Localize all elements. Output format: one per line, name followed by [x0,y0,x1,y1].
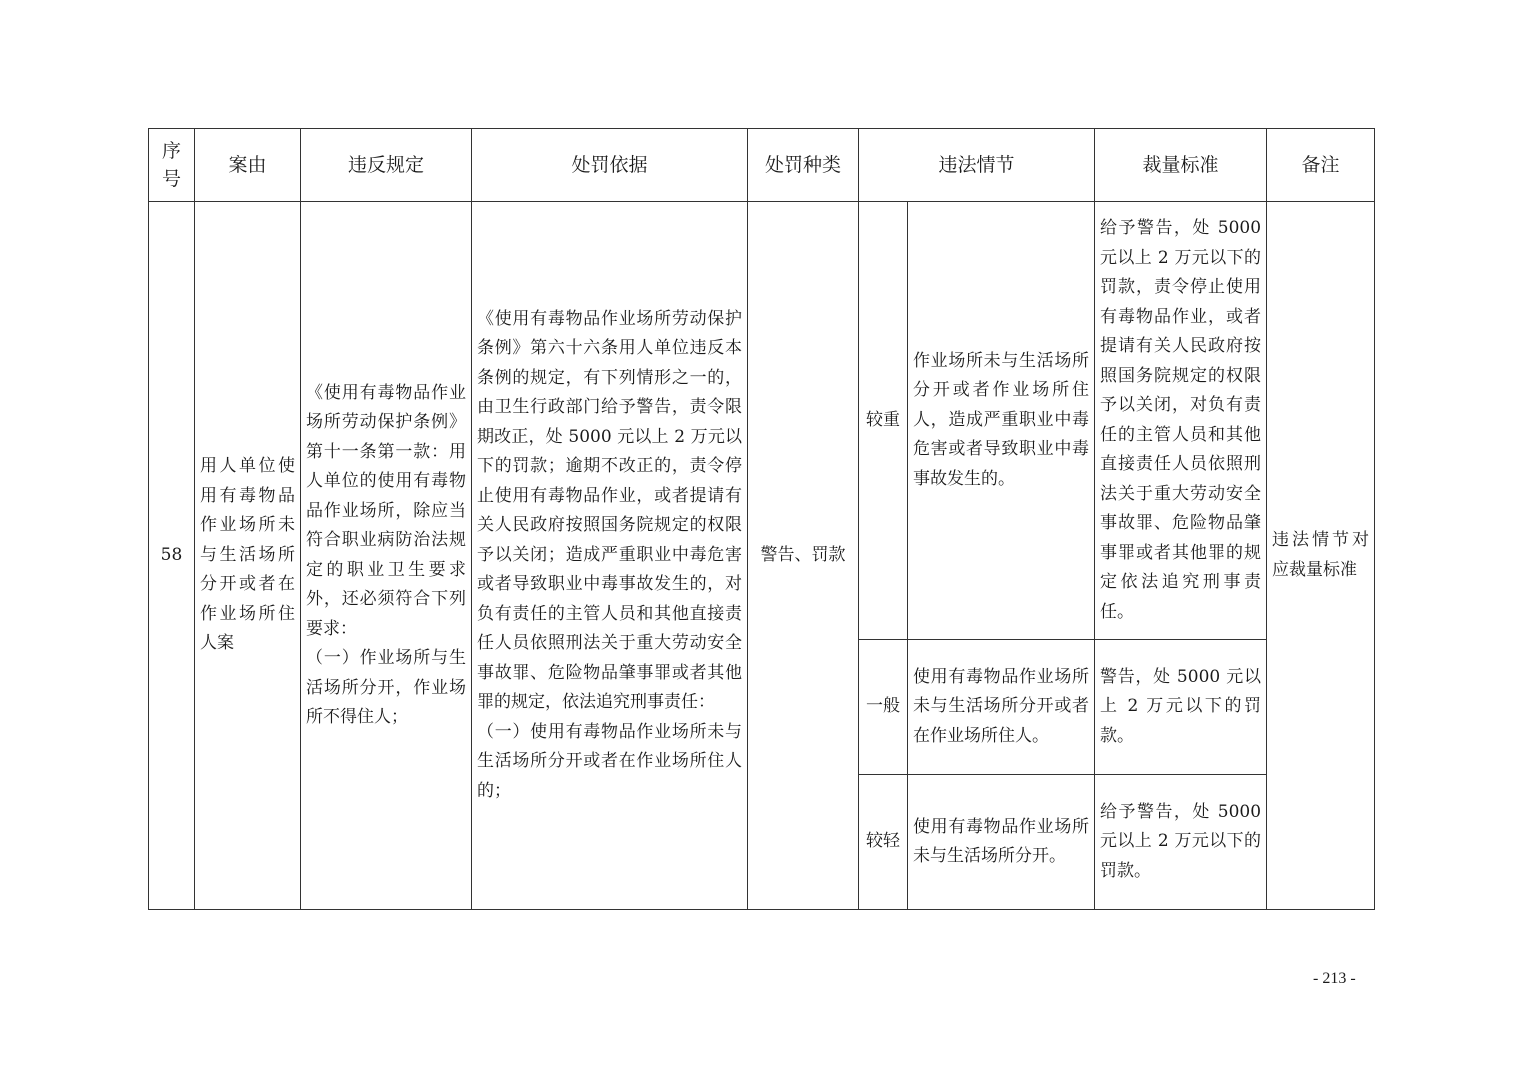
header-remarks: 备注 [1267,129,1375,202]
cell-standard-general: 警告，处 5000 元以上 2 万元以下的罚款。 [1095,640,1267,775]
header-row: 序号 案由 违反规定 处罚依据 处罚种类 违法情节 裁量标准 备注 [149,129,1375,202]
header-standard: 裁量标准 [1095,129,1267,202]
cell-case: 用人单位使用有毒物品作业场所未与生活场所分开或者在作业场所住人案 [195,202,301,910]
page-number: - 213 - [1313,970,1356,988]
cell-violation: 《使用有毒物品作业场所劳动保护条例》第十一条第一款：用人单位的使用有毒物品作业场… [301,202,472,910]
header-seq: 序号 [149,129,195,202]
basis-text: 《使用有毒物品作业场所劳动保护条例》第六十六条用人单位违反本条例的规定，有下列情… [477,305,742,718]
cell-circumstance-general: 使用有毒物品作业场所未与生活场所分开或者在作业场所住人。 [908,640,1095,775]
cell-standard-severe: 给予警告，处 5000 元以上 2 万元以下的罚款，责令停止使用有毒物品作业，或… [1095,202,1267,640]
basis-item: （一）使用有毒物品作业场所未与生活场所分开或者在作业场所住人的； [477,718,742,807]
cell-seq: 58 [149,202,195,910]
violation-text: 《使用有毒物品作业场所劳动保护条例》第十一条第一款：用人单位的使用有毒物品作业场… [306,379,466,645]
header-basis: 处罚依据 [472,129,748,202]
cell-basis: 《使用有毒物品作业场所劳动保护条例》第六十六条用人单位违反本条例的规定，有下列情… [472,202,748,910]
cell-level-minor: 较轻 [859,775,908,910]
cell-circumstance-minor: 使用有毒物品作业场所未与生活场所分开。 [908,775,1095,910]
header-violation: 违反规定 [301,129,472,202]
cell-penalty-type: 警告、罚款 [748,202,859,910]
cell-level-general: 一般 [859,640,908,775]
header-circumstances: 违法情节 [859,129,1095,202]
header-penalty-type: 处罚种类 [748,129,859,202]
cell-level-severe: 较重 [859,202,908,640]
cell-remarks: 违法情节对应裁量标准 [1267,202,1375,910]
header-case: 案由 [195,129,301,202]
table-row: 58 用人单位使用有毒物品作业场所未与生活场所分开或者在作业场所住人案 《使用有… [149,202,1375,640]
violation-item: （一）作业场所与生活场所分开，作业场所不得住人； [306,644,466,733]
penalty-discretion-table: 序号 案由 违反规定 处罚依据 处罚种类 违法情节 裁量标准 备注 58 用人单… [148,128,1375,910]
cell-standard-minor: 给予警告，处 5000 元以上 2 万元以下的罚款。 [1095,775,1267,910]
cell-circumstance-severe: 作业场所未与生活场所分开或者作业场所住人，造成严重职业中毒危害或者导致职业中毒事… [908,202,1095,640]
